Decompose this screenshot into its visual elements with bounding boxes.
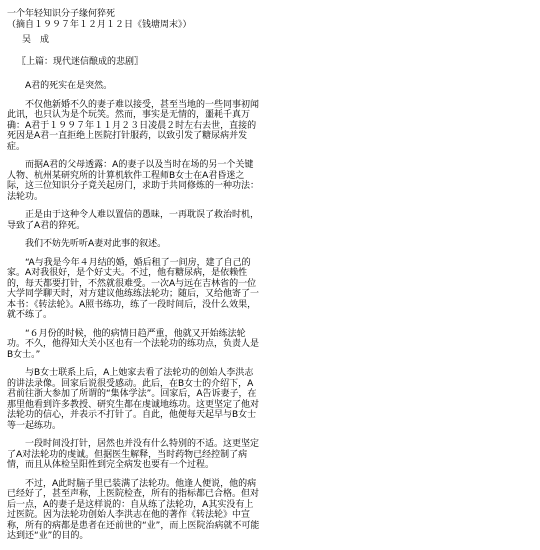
paragraph: 我们不妨先听听A妻对此事的叙述。 [7,239,261,250]
paragraph: 与B女士联系上后，A上她家去看了法轮功的创始人李洪志的讲法录像。回家后说很受感动… [7,368,261,405]
paragraph: 不仅他新婚不久的妻子难以接受，甚至当地的一些同事初闻此讯，也只认为是个玩笑。然而… [7,100,261,153]
article-source: （摘自１９９７年１２月１２日《钱塘周末》） [7,20,261,31]
paragraph: “A与我是今年４月结的婚，婚后租了一间房，建了自己的家。A对我很好，是个好丈夫。… [7,258,261,321]
paragraph: 正是由于这种令人难以置信的愚昧，一再耽误了救治时机，导致了A君的猝死。 [7,210,261,231]
article-author: 吴 成 [7,35,261,46]
section-heading: 〖上篇：现代迷信酿成的悲剧〗 [7,57,261,68]
article-title: 一个年轻知识分子缘何猝死 [7,9,261,20]
article-body: A君的死实在是突然。不仅他新婚不久的妻子难以接受，甚至当地的一些同事初闻此讯，也… [7,81,261,405]
paragraph: A君的死实在是突然。 [7,81,261,92]
paragraph: “６月份的时候，他的病情日趋严重，他就又开始练法轮功。不久，他得知大关小区也有一… [7,329,261,361]
document-page: 一个年轻知识分子缘何猝死 （摘自１９９７年１２月１２日《钱塘周末》） 吴 成 〖… [7,9,261,405]
paragraph: 而据A君的父母透露：A的妻子以及当时在场的另一个关键人物、杭州某研究所的计算机软… [7,160,261,202]
